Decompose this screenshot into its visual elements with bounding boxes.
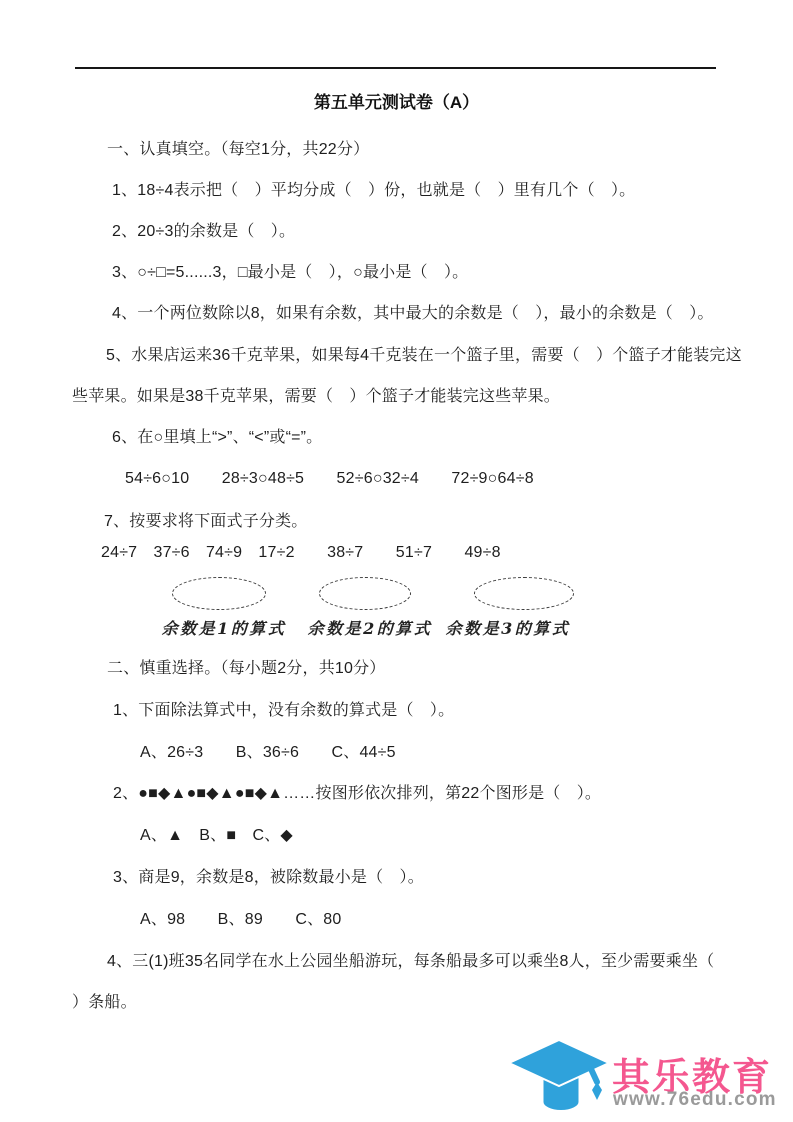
section-two-header: 二、慎重选择。（每小题2分，共10分） <box>107 655 386 678</box>
s1-question-7: 7、按要求将下面式子分类。 <box>104 508 308 531</box>
s1-question-5-line1: 5、水果店运来36千克苹果，如果每4千克装在一个篮子里，需要（ ）个篮子才能装完… <box>106 342 742 365</box>
s2-question-3-options: A、98 B、89 C、80 <box>140 906 342 929</box>
s1-question-7-expressions: 24÷7 37÷6 74÷9 17÷2 38÷7 51÷7 49÷8 <box>101 539 501 562</box>
classification-ellipse-3 <box>474 577 574 610</box>
brand-website: www.76edu.com <box>613 1089 777 1111</box>
s1-question-6: 6、在○里填上“>”、“<”或“=”。 <box>112 424 322 447</box>
top-rule-divider <box>75 67 716 69</box>
graduation-cap-icon <box>509 1038 613 1122</box>
s1-question-2: 2、20÷3的余数是（ ）。 <box>112 218 295 241</box>
s2-question-4-line2: ）条船。 <box>72 989 137 1012</box>
s1-question-4: 4、一个两位数除以8，如果有余数，其中最大的余数是（ ），最小的余数是（ ）。 <box>112 300 714 323</box>
s2-question-2-options: A、▲ B、■ C、◆ <box>140 822 293 845</box>
section-one-header: 一、认真填空。（每空1分，共22分） <box>107 136 369 159</box>
s1-question-5-line2: 些苹果。如果是38千克苹果，需要（ ）个篮子才能装完这些苹果。 <box>72 383 560 406</box>
s2-question-1: 1、下面除法算式中，没有余数的算式是（ ）。 <box>113 697 454 720</box>
classification-label-2: 余数是2的算式 <box>303 616 437 639</box>
classification-ellipse-1 <box>172 577 266 610</box>
s2-question-4-line1: 4、三(1)班35名同学在水上公园坐船游玩，每条船最多可以乘坐8人，至少需要乘坐… <box>107 948 714 971</box>
classification-label-1: 余数是1的算式 <box>153 616 295 639</box>
classification-label-3: 余数是3的算式 <box>438 616 578 639</box>
s2-question-1-options: A、26÷3 B、36÷6 C、44÷5 <box>140 739 396 762</box>
s2-question-2: 2、●■◆▲●■◆▲●■◆▲……按图形依次排列，第22个图形是（ ）。 <box>113 780 601 803</box>
test-paper-page: 第五单元测试卷（A） 一、认真填空。（每空1分，共22分） 1、18÷4表示把（… <box>0 0 793 1122</box>
s1-question-3: 3、○÷□=5......3，□最小是（ ），○最小是（ ）。 <box>112 259 468 282</box>
s1-question-6-expressions: 54÷6○10 28÷3○48÷5 52÷6○32÷4 72÷9○64÷8 <box>125 465 534 488</box>
classification-ellipse-2 <box>319 577 411 610</box>
s1-question-1: 1、18÷4表示把（ ）平均分成（ ）份，也就是（ ）里有几个（ ）。 <box>112 177 635 200</box>
page-title: 第五单元测试卷（A） <box>0 88 793 113</box>
s2-question-3: 3、商是9，余数是8，被除数最小是（ ）。 <box>113 864 424 887</box>
